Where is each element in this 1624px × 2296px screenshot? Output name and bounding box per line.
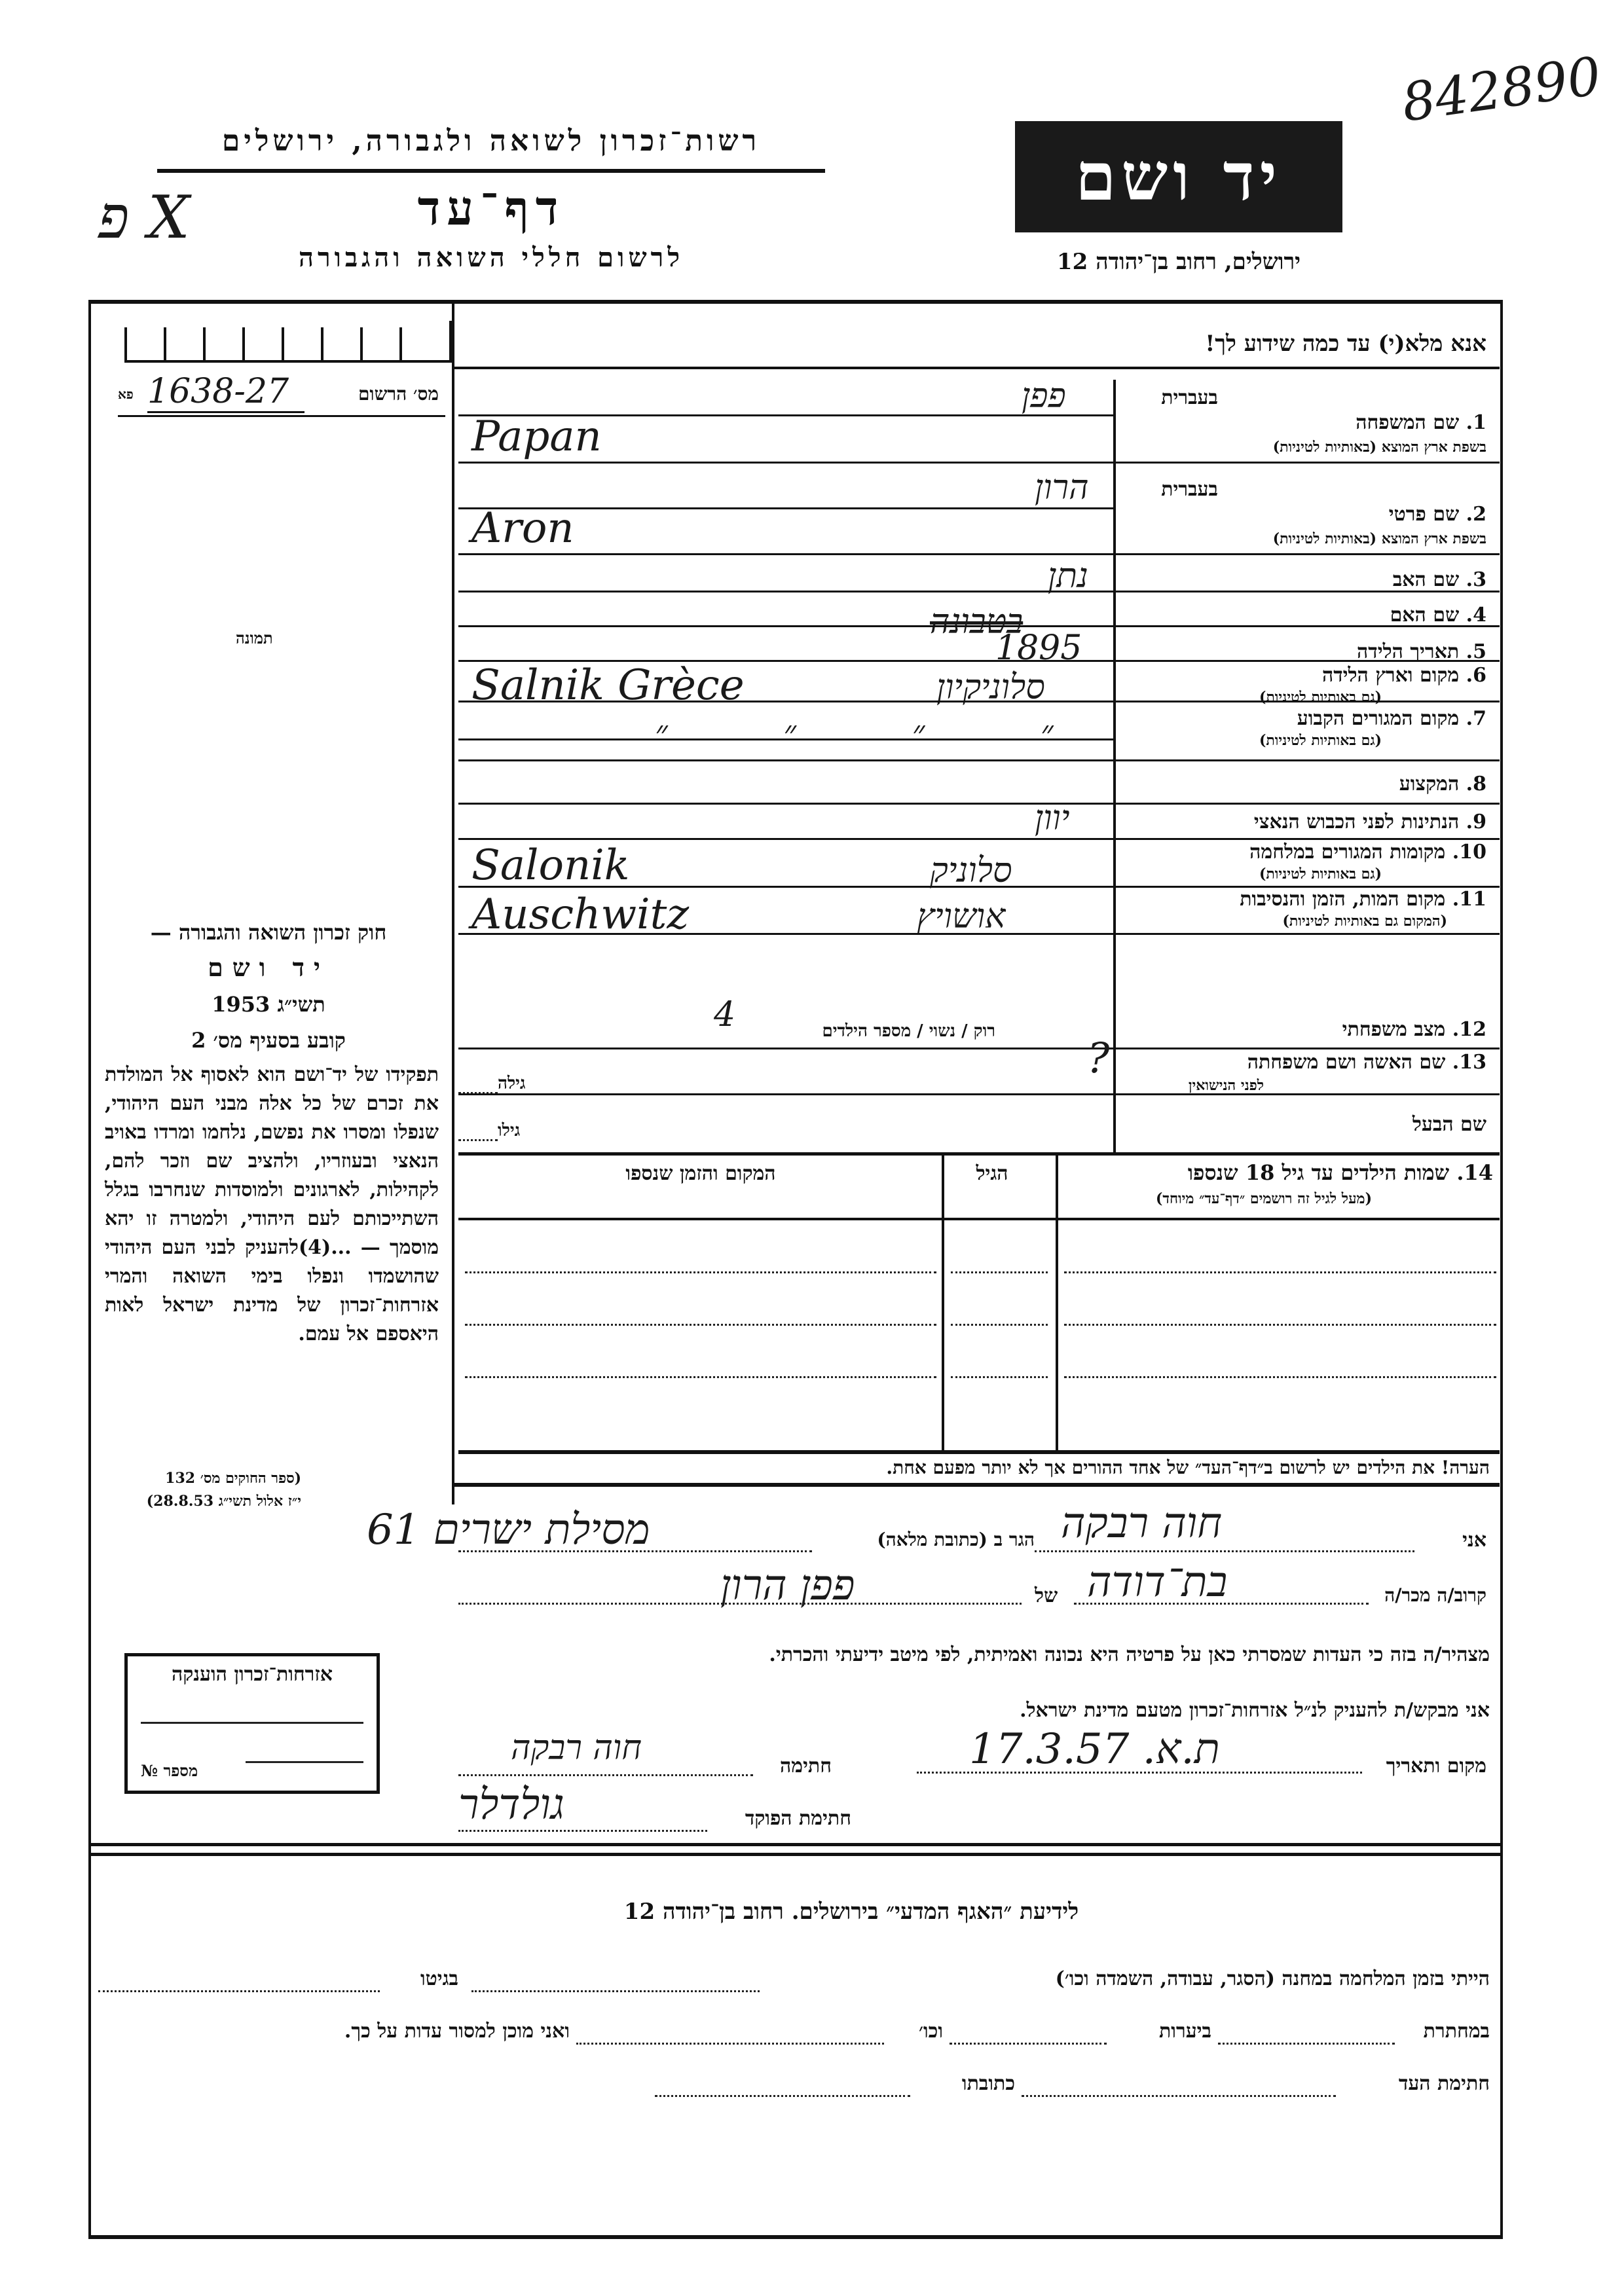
field-5-value[interactable]: 1895 xyxy=(995,629,1082,668)
children-row-2[interactable] xyxy=(458,1273,1500,1325)
frame-top xyxy=(88,300,1503,304)
field-2-value-latin[interactable]: Aron xyxy=(471,504,574,553)
law-year: תשי״ג 1953 xyxy=(105,992,432,1017)
instruction-text: אנא מלא(י) עד כמה שידוע לך! xyxy=(917,331,1486,357)
field-1-value-latin[interactable]: Papan xyxy=(471,412,602,461)
archive-number: 842890 xyxy=(1398,45,1604,134)
field-13-sub: לפני הנישואין xyxy=(1120,1077,1264,1094)
field-13-label: 13. שם האשה ושם משפחתה xyxy=(1126,1051,1486,1074)
children-note: הערה! את הילדים יש לרשום ב״דף־העד״ של אח… xyxy=(458,1457,1490,1479)
field-2-value-hebrew[interactable]: הרון xyxy=(1035,468,1089,507)
field-7-sub: (גם באותיות לטיניות) xyxy=(1120,732,1382,749)
husband-age-label: גילו xyxy=(498,1121,520,1140)
form-subtitle: לרשום חללי השואה והגבורה xyxy=(157,242,825,273)
yad-vashem-logo: יד ושם xyxy=(1015,121,1342,232)
citizenship-box-title: אזרחות־זכרון הוענקה xyxy=(134,1663,370,1686)
law-clause: קובע בסעיף מס׳ 2 xyxy=(105,1028,432,1053)
registration-number: 1638-27 xyxy=(147,372,304,413)
law-name: יד ושם xyxy=(105,953,432,983)
field-7-value[interactable]: ״ ״ ״ ״ xyxy=(655,714,1106,753)
footer-forests-label: ביערות xyxy=(1113,2020,1211,2043)
declarant-address[interactable]: מסילת ישרים 61 xyxy=(367,1506,650,1554)
clerk-signature-value[interactable]: גולדלר xyxy=(458,1781,564,1829)
law-text: תפקידו של יד־ושם הוא לאסוף אל המולדת את … xyxy=(105,1061,439,1349)
field-6-label: 6. מקום וארץ הלידה xyxy=(1126,664,1486,687)
registration-divider xyxy=(118,415,445,417)
footer-witness-signature-label: חתימת העד xyxy=(1342,2072,1490,2095)
field-2-hebrew-tag: בעברית xyxy=(1126,478,1218,501)
clerk-signature-label: חתימת הפוקד xyxy=(720,1807,851,1830)
place-date-value[interactable]: ת.א. 17.3.57 xyxy=(969,1725,1220,1774)
footer-willing-label: ואני מוכן למסור עדות על כך. xyxy=(98,2020,570,2043)
footer-ghetto-label: בגיטו xyxy=(386,1967,458,1990)
field-1-label: 1. שם המשפחה xyxy=(1126,411,1486,434)
footer-heading: לידיעת ״האגף המדעי״ בירושלים. רחוב בן־יה… xyxy=(458,1899,1244,1925)
citizenship-number-label: מספר № xyxy=(141,1761,198,1781)
field-2-label: 2. שם פרטי xyxy=(1126,503,1486,526)
left-panel-divider xyxy=(452,300,454,1504)
footer-address-label: כתובתו xyxy=(917,2072,1015,2095)
children-row-1[interactable] xyxy=(458,1220,1500,1273)
children-row-3[interactable] xyxy=(458,1325,1500,1377)
citizenship-box: אזרחות־זכרון הוענקה מספר № xyxy=(124,1653,380,1794)
field-2-sub: בשפת ארץ המוצא (באותיות לטיניות) xyxy=(1120,530,1486,547)
frame-left xyxy=(88,300,91,2238)
law-title: חוק זכרון השואה והגבורה — xyxy=(105,920,432,945)
field-4-label: 4. שם האם xyxy=(1126,604,1486,627)
field-9-value[interactable]: יוון xyxy=(1035,799,1070,838)
field-13-value[interactable]: ? xyxy=(1087,1034,1109,1083)
address-label: הגר ב (כתובת מלאה) xyxy=(819,1529,1035,1551)
frame-right xyxy=(1500,300,1503,2238)
label-column-divider xyxy=(1113,380,1116,1152)
children-col-place: המקום והזמן שנספו xyxy=(471,1162,930,1185)
photo-label: תמונה xyxy=(236,629,273,648)
header-divider xyxy=(157,169,825,173)
field-1-sub: בשפת ארץ המוצא (באותיות לטיניות) xyxy=(1120,439,1486,456)
field-10-value-latin[interactable]: Salonik xyxy=(471,841,629,890)
field-11-value-hebrew[interactable]: אושויץ xyxy=(917,897,1005,936)
registration-suffix: פא xyxy=(118,386,134,403)
declaration-i-label: אני xyxy=(1441,1529,1486,1552)
field-11-value-latin[interactable]: Auschwitz xyxy=(471,890,689,939)
organization-name: רשות־זכרון לשואה ולגבורה, ירושלים xyxy=(157,124,825,158)
field-1-hebrew-tag: בעברית xyxy=(1126,386,1218,409)
field-6-sub: (גם באותיות לטיניות) xyxy=(1120,689,1382,706)
signature-label: חתימה xyxy=(760,1755,832,1777)
declarant-name[interactable]: חוה רבקה xyxy=(1061,1499,1222,1548)
field-12-label: 12. מצב משפחתי xyxy=(1126,1018,1486,1041)
registration-label: מס׳ הרשום xyxy=(308,383,439,405)
law-source-1: (ספר החוקים מס׳ 132 xyxy=(105,1470,301,1487)
instruction-divider xyxy=(452,367,1500,369)
field-10-value-hebrew[interactable]: סלוניק xyxy=(930,851,1012,890)
field-7-label: 7. מקום המגורים הקבוע xyxy=(1126,707,1486,730)
place-date-label: מקום ותאריך xyxy=(1375,1755,1486,1777)
field-10-sub: (גם באותיות לטיניות) xyxy=(1120,866,1382,883)
header-address: ירושלים, רחוב בן־יהודה 12 xyxy=(1015,249,1342,275)
children-col-age: הגיל xyxy=(943,1162,1041,1185)
footer-etc-label: וכו׳ xyxy=(891,2020,943,2043)
field-13-age-label: גילה xyxy=(498,1074,526,1093)
citizenship-request: אני מבקש/ת להעניק לנ״ל אזרחות־זכרון מטעם… xyxy=(720,1699,1490,1722)
registration-ticks xyxy=(124,321,452,363)
field-11-sub: (המקום גם באותיות לטיניות) xyxy=(1120,913,1447,930)
form-title: דף־עד xyxy=(157,180,825,236)
field-1-value-hebrew[interactable]: פפן xyxy=(1022,376,1066,416)
frame-bottom xyxy=(88,2235,1503,2239)
field-12-value[interactable]: 4 xyxy=(714,995,735,1034)
declaration-statement: מצהיר/ה בזה כי העדות שמסרתי כאן על פרטיה… xyxy=(458,1643,1490,1666)
footer-underground-label: במחתרת xyxy=(1401,2020,1490,2043)
husband-name-label: שם הבעל xyxy=(1126,1113,1486,1136)
children-sub: (מעל לגיל זה רושמים ״דף־עד״ מיוחד) xyxy=(1061,1190,1467,1207)
children-label: 14. שמות הילדים עד גיל 18 שנספו xyxy=(1061,1160,1493,1185)
field-9-label: 9. הנתינות לפני הכבוש הנאצי xyxy=(1126,811,1486,833)
field-10-label: 10. מקומות המגורים במלחמה xyxy=(1126,841,1486,864)
of-label: של xyxy=(1035,1584,1058,1607)
field-3-value[interactable]: נתן xyxy=(1048,556,1088,596)
footer-camp-label: הייתי בזמן המלחמה במחנה (הסגר, עבודה, הש… xyxy=(786,1967,1490,1990)
relative-label: קרוב/ה מכר/ה xyxy=(1375,1584,1486,1607)
field-11-label: 11. מקום המות, הזמן והנסיבות xyxy=(1126,888,1486,911)
relation-value[interactable]: בת־דודה xyxy=(1087,1558,1227,1607)
signature-value[interactable]: חוה רבקה xyxy=(511,1728,642,1768)
field-8-label: 8. המקצוע xyxy=(1126,773,1486,795)
law-source-2: י״ז אלול תשי״ג 28.8.53) xyxy=(105,1493,301,1510)
field-3-label: 3. שם האב xyxy=(1126,568,1486,591)
children-row-4[interactable] xyxy=(458,1377,1500,1449)
